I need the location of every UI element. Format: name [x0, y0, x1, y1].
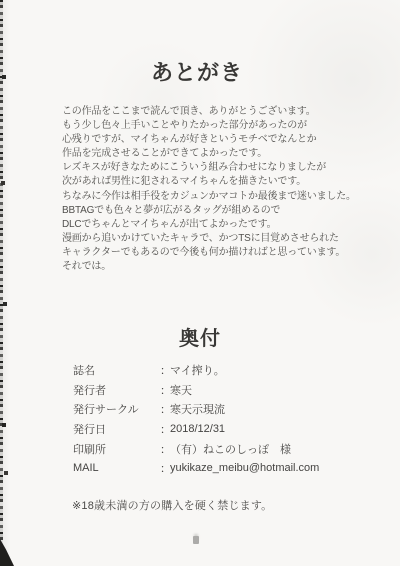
colophon-row-printer: 印刷所 ： （有）ねこのしっぽ 様: [73, 439, 373, 459]
colophon-label: 印刷所: [73, 441, 160, 457]
colophon-label: 発行日: [73, 421, 160, 437]
colophon-separator: ：: [160, 460, 170, 476]
afterword-line: 作品を完成させることができてよかったです。: [62, 147, 372, 161]
afterword-line: BBTAGでも色々と夢が広がるタッグが組めるので: [62, 204, 372, 218]
colophon-row-mail: MAIL ： yukikaze_meibu@hotmail.com: [73, 458, 373, 478]
afterword-line: レズキスが好きなためにこういう組み合わせになりましたが: [62, 161, 372, 175]
colophon-row-circle: 発行サークル ： 寒天示現流: [73, 399, 373, 419]
colophon-label: 誌名: [73, 362, 160, 378]
age-restriction-note: ※18歳未満の方の購入を硬く禁じます。: [72, 497, 272, 513]
afterword-line: それでは。: [62, 260, 372, 274]
page-number-smudge: [193, 536, 199, 544]
colophon-row-title: 誌名 ： マイ搾り。: [73, 360, 373, 380]
colophon-label: 発行サークル: [73, 401, 160, 417]
colophon-separator: ：: [160, 362, 170, 378]
afterword-line: 心残りですが、マイちゃんが好きというモチベでなんとか: [62, 133, 372, 147]
colophon-value: 寒天: [170, 382, 192, 398]
afterword-line: 漫画から追いかけていたキャラで、かつTSに目覚めさせられた: [62, 232, 372, 246]
colophon-row-publisher: 発行者 ： 寒天: [73, 380, 373, 400]
afterword-line: もう少し色々上手いことやりたかった部分があったのが: [62, 119, 372, 133]
colophon-value: 寒天示現流: [170, 401, 225, 417]
colophon-table: 誌名 ： マイ搾り。 発行者 ： 寒天 発行サークル ： 寒天示現流 発行日 ：…: [73, 360, 373, 478]
afterword-line: ちなみに今作は相手役をカジュンかマコトか最後まで迷いました。: [62, 190, 372, 204]
colophon-value: マイ搾り。: [170, 362, 225, 378]
colophon-label: 発行者: [73, 382, 160, 398]
afterword-line: キャラクターでもあるので今後も何か描ければと思っています。: [62, 246, 372, 260]
colophon-separator: ：: [160, 401, 170, 417]
afterword-line: この作品をここまで読んで頂き、ありがとうございます。: [62, 105, 372, 119]
afterword-line: 次があれば男性に犯されるマイちゃんを描きたいです。: [62, 175, 372, 189]
afterword-title: あとがき: [0, 56, 394, 87]
scan-edge-specks: [0, 0, 2, 2]
afterword-line: DLCでちゃんとマイちゃんが出てよかったです。: [62, 218, 372, 232]
scan-corner-shadow: [0, 539, 14, 566]
colophon-value: 2018/12/31: [170, 423, 225, 435]
colophon-title: 奥付: [0, 322, 400, 351]
afterword-paragraph: この作品をここまで読んで頂き、ありがとうございます。 もう少し色々上手いことやり…: [62, 105, 372, 274]
scanned-doujin-page: あとがき この作品をここまで読んで頂き、ありがとうございます。 もう少し色々上手…: [0, 0, 400, 566]
colophon-separator: ：: [160, 382, 170, 398]
colophon-row-date: 発行日 ： 2018/12/31: [73, 419, 373, 439]
colophon-value: （有）ねこのしっぽ 様: [170, 441, 291, 457]
colophon-separator: ：: [160, 421, 170, 437]
colophon-label: MAIL: [73, 462, 160, 474]
colophon-separator: ：: [160, 441, 170, 457]
colophon-value: yukikaze_meibu@hotmail.com: [170, 462, 319, 474]
